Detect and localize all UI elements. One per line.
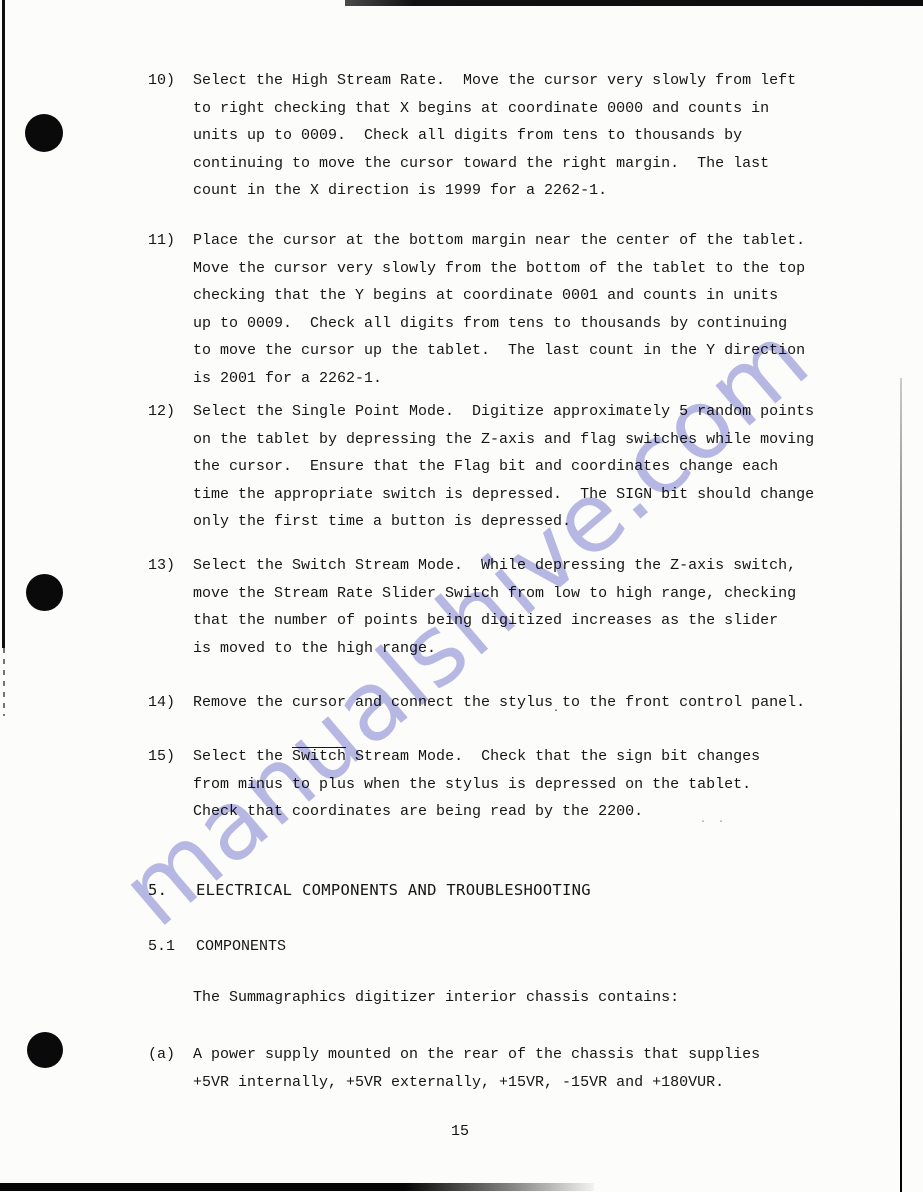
punch-hole-dot [27, 1032, 63, 1068]
section-5-heading: 5. ELECTRICAL COMPONENTS AND TROUBLESHOO… [148, 877, 848, 905]
item15-line1-post: Stream Mode. Check that the sign bit cha… [346, 748, 760, 765]
page-number: 15 [430, 1118, 490, 1146]
item15-overlined-word: Switch [292, 748, 346, 765]
list-item-number: 11) [148, 227, 193, 392]
list-item-10: 10) Select the High Stream Rate. Move th… [148, 67, 848, 205]
scan-top-edge-bar [345, 0, 923, 6]
scan-bottom-edge-bar [0, 1183, 594, 1191]
section-title: ELECTRICAL COMPONENTS AND TROUBLESHOOTIN… [196, 877, 591, 905]
item15-rest-lines: from minus to plus when the stylus is de… [193, 776, 751, 821]
list-item-text: Select the Switch Stream Mode. While dep… [193, 552, 796, 662]
list-item-text: Select the Switch Stream Mode. Check tha… [193, 743, 760, 826]
list-item-number: 14) [148, 689, 193, 717]
scanned-manual-page: 10) Select the High Stream Rate. Move th… [0, 0, 923, 1192]
list-item-number: 12) [148, 398, 193, 536]
list-item-text: Select the Single Point Mode. Digitize a… [193, 398, 814, 536]
list-item-14: 14) Remove the cursor and connect the st… [148, 689, 848, 717]
list-item-number: 13) [148, 552, 193, 662]
list-item-text: A power supply mounted on the rear of th… [193, 1041, 760, 1096]
section-title: COMPONENTS [196, 933, 286, 961]
list-item-15: 15) Select the Switch Stream Mode. Check… [148, 743, 848, 826]
list-item-number: 10) [148, 67, 193, 205]
scan-right-edge-line [900, 378, 902, 1192]
list-item-12: 12) Select the Single Point Mode. Digiti… [148, 398, 848, 536]
section-number: 5. [148, 877, 196, 905]
item15-line1-pre: Select the [193, 748, 292, 765]
list-item-13: 13) Select the Switch Stream Mode. While… [148, 552, 848, 662]
list-item-number: (a) [148, 1041, 193, 1096]
section-5-1-heading: 5.1 COMPONENTS [148, 933, 848, 961]
list-item-number: 15) [148, 743, 193, 826]
intro-paragraph: The Summagraphics digitizer interior cha… [193, 984, 679, 1012]
scan-left-edge-line-fade [3, 648, 5, 716]
stray-mark: · · [700, 818, 727, 828]
list-item-text: Select the High Stream Rate. Move the cu… [193, 67, 796, 205]
punch-hole-dot [25, 114, 63, 152]
stray-mark: · [553, 707, 559, 717]
list-item-text: Remove the cursor and connect the stylus… [193, 689, 805, 717]
section-number: 5.1 [148, 933, 196, 961]
scan-left-edge-line [2, 0, 5, 648]
punch-hole-dot [26, 574, 63, 611]
list-item-text: Place the cursor at the bottom margin ne… [193, 227, 805, 392]
list-item-11: 11) Place the cursor at the bottom margi… [148, 227, 848, 392]
list-item-a: (a) A power supply mounted on the rear o… [148, 1041, 848, 1096]
